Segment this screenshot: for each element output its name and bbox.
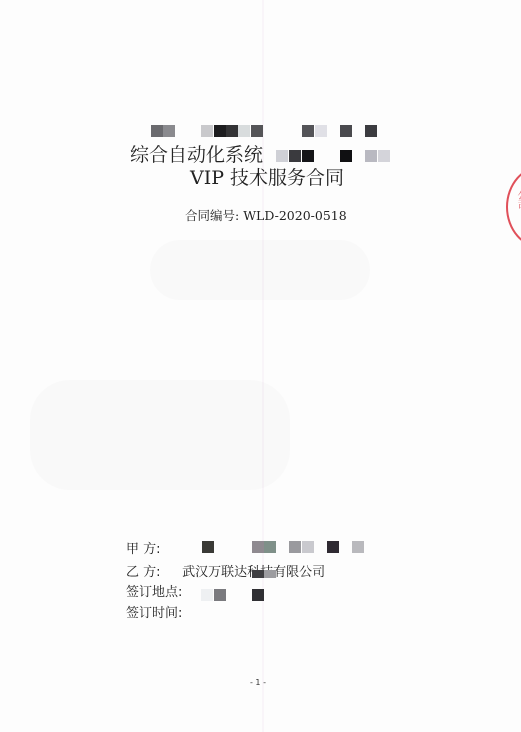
seal-text: 公司 — [513, 190, 521, 210]
page-fold-line — [262, 0, 264, 732]
scan-bleed — [150, 240, 370, 300]
contract-number-value: WLD-2020-0518 — [243, 208, 346, 223]
signing-place-label: 签订地点: — [126, 581, 178, 600]
contract-number-label: 合同编号: — [185, 208, 239, 223]
signing-time-label: 签订时间: — [126, 602, 178, 621]
party-b-label: 乙 方: — [126, 561, 178, 580]
document-page: 综合自动化系统 VIP 技术服务合同 合同编号: WLD-2020-0518 甲… — [0, 0, 521, 732]
page-number: - 1 - — [250, 678, 266, 687]
party-b: 乙 方: 武汉万联达科技有限公司 — [126, 561, 325, 580]
contract-number: 合同编号: WLD-2020-0518 — [185, 206, 347, 224]
party-a: 甲 方: — [126, 538, 178, 557]
scan-bleed — [30, 380, 290, 490]
contract-title-line2: VIP 技术服务合同 — [190, 163, 344, 190]
party-a-label: 甲 方: — [126, 538, 178, 557]
signing-time: 签订时间: — [126, 602, 178, 621]
signing-place: 签订地点: — [126, 581, 178, 600]
